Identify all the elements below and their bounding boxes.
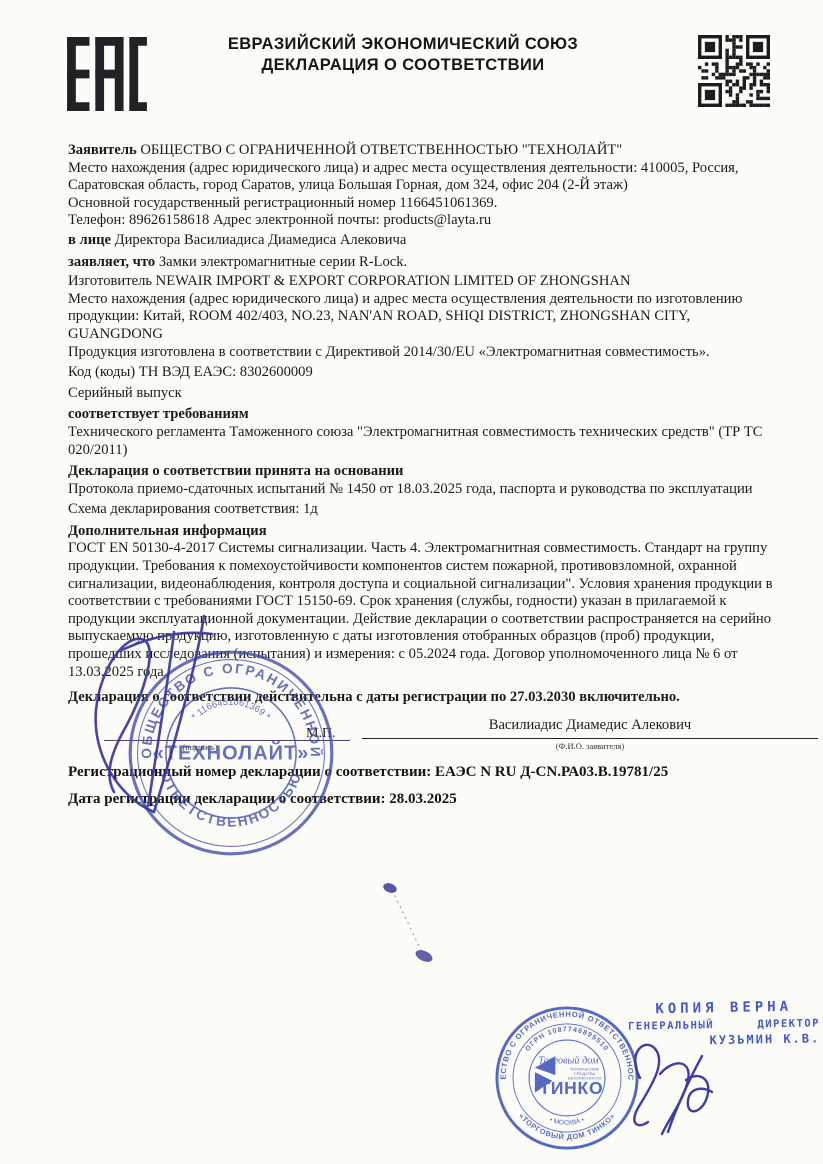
paragraph: Технического регламента Таможенного союз… xyxy=(68,424,782,459)
applicant-name: Василиадис Диамедис Алекович xyxy=(362,717,818,734)
eac-logo-icon xyxy=(66,37,148,111)
paragraph: Код (коды) ТН ВЭД ЕАЭС: 8302600009 xyxy=(68,364,782,382)
tinko-ring-inner-bottom: • МОСКВА • xyxy=(549,1116,586,1126)
copy-verna-line1: КОПИЯ ВЕРНА xyxy=(628,998,820,1017)
applicant-name-caption: (Ф.И.О. заявителя) xyxy=(362,741,818,751)
tinko-center-logo: ТИНКО xyxy=(539,1078,603,1098)
paragraph: Протокола приемо-сдаточных испытаний № 1… xyxy=(68,481,782,499)
copy-verna-title-right: ДИРЕКТОР xyxy=(757,1017,820,1030)
paragraph: Декларация о соответствии принята на осн… xyxy=(68,463,782,481)
registration-number-value: ЕАЭС N RU Д-CN.РА03.В.19781/25 xyxy=(435,764,668,780)
paragraph: заявляет, что Замки электромагнитные сер… xyxy=(68,254,782,272)
svg-text:• МОСКВА •: • МОСКВА • xyxy=(549,1116,586,1126)
paragraph: Основной государственный регистрационный… xyxy=(68,195,782,213)
paragraph: Место нахождения (адрес юридического лиц… xyxy=(68,160,782,195)
paragraph: Телефон: 89626158618 Адрес электронной п… xyxy=(68,212,782,230)
paragraph: Схема декларирования соответствия: 1д xyxy=(68,501,782,519)
title-line-2: ДЕКЛАРАЦИЯ О СООТВЕТСТВИИ xyxy=(143,55,663,76)
paragraph: Изготовитель NEWAIR IMPORT & EXPORT CORP… xyxy=(68,273,782,291)
paragraph: в лице Директора Василиадиса Диамедиса А… xyxy=(68,232,782,250)
registration-date-value: 28.03.2025 xyxy=(389,791,457,807)
declaration-document-page: ЕВРАЗИЙСКИЙ ЭКОНОМИЧЕСКИЙ СОЮЗ ДЕКЛАРАЦИ… xyxy=(0,0,823,1164)
ink-mark xyxy=(368,870,468,974)
paragraph: Серийный выпуск xyxy=(68,385,782,403)
document-title: ЕВРАЗИЙСКИЙ ЭКОНОМИЧЕСКИЙ СОЮЗ ДЕКЛАРАЦИ… xyxy=(143,34,663,76)
tinko-small-3: БЕЗОПАСНОСТИ xyxy=(568,1075,601,1080)
kuzmin-signature xyxy=(606,1028,734,1140)
qr-code-icon xyxy=(698,35,770,107)
paragraph: соответствует требованиям xyxy=(68,406,782,424)
title-line-1: ЕВРАЗИЙСКИЙ ЭКОНОМИЧЕСКИЙ СОЮЗ xyxy=(143,34,663,55)
paragraph: Место нахождения (адрес юридического лиц… xyxy=(68,291,782,344)
applicant-signature xyxy=(56,606,301,834)
paragraph: Продукция изготовлена в соответствии с Д… xyxy=(68,344,782,362)
paragraph: Заявитель ОБЩЕСТВО С ОГРАНИЧЕННОЙ ОТВЕТС… xyxy=(68,142,782,160)
paragraph: Дополнительная информация xyxy=(68,523,782,541)
applicant-name-line xyxy=(362,738,818,739)
